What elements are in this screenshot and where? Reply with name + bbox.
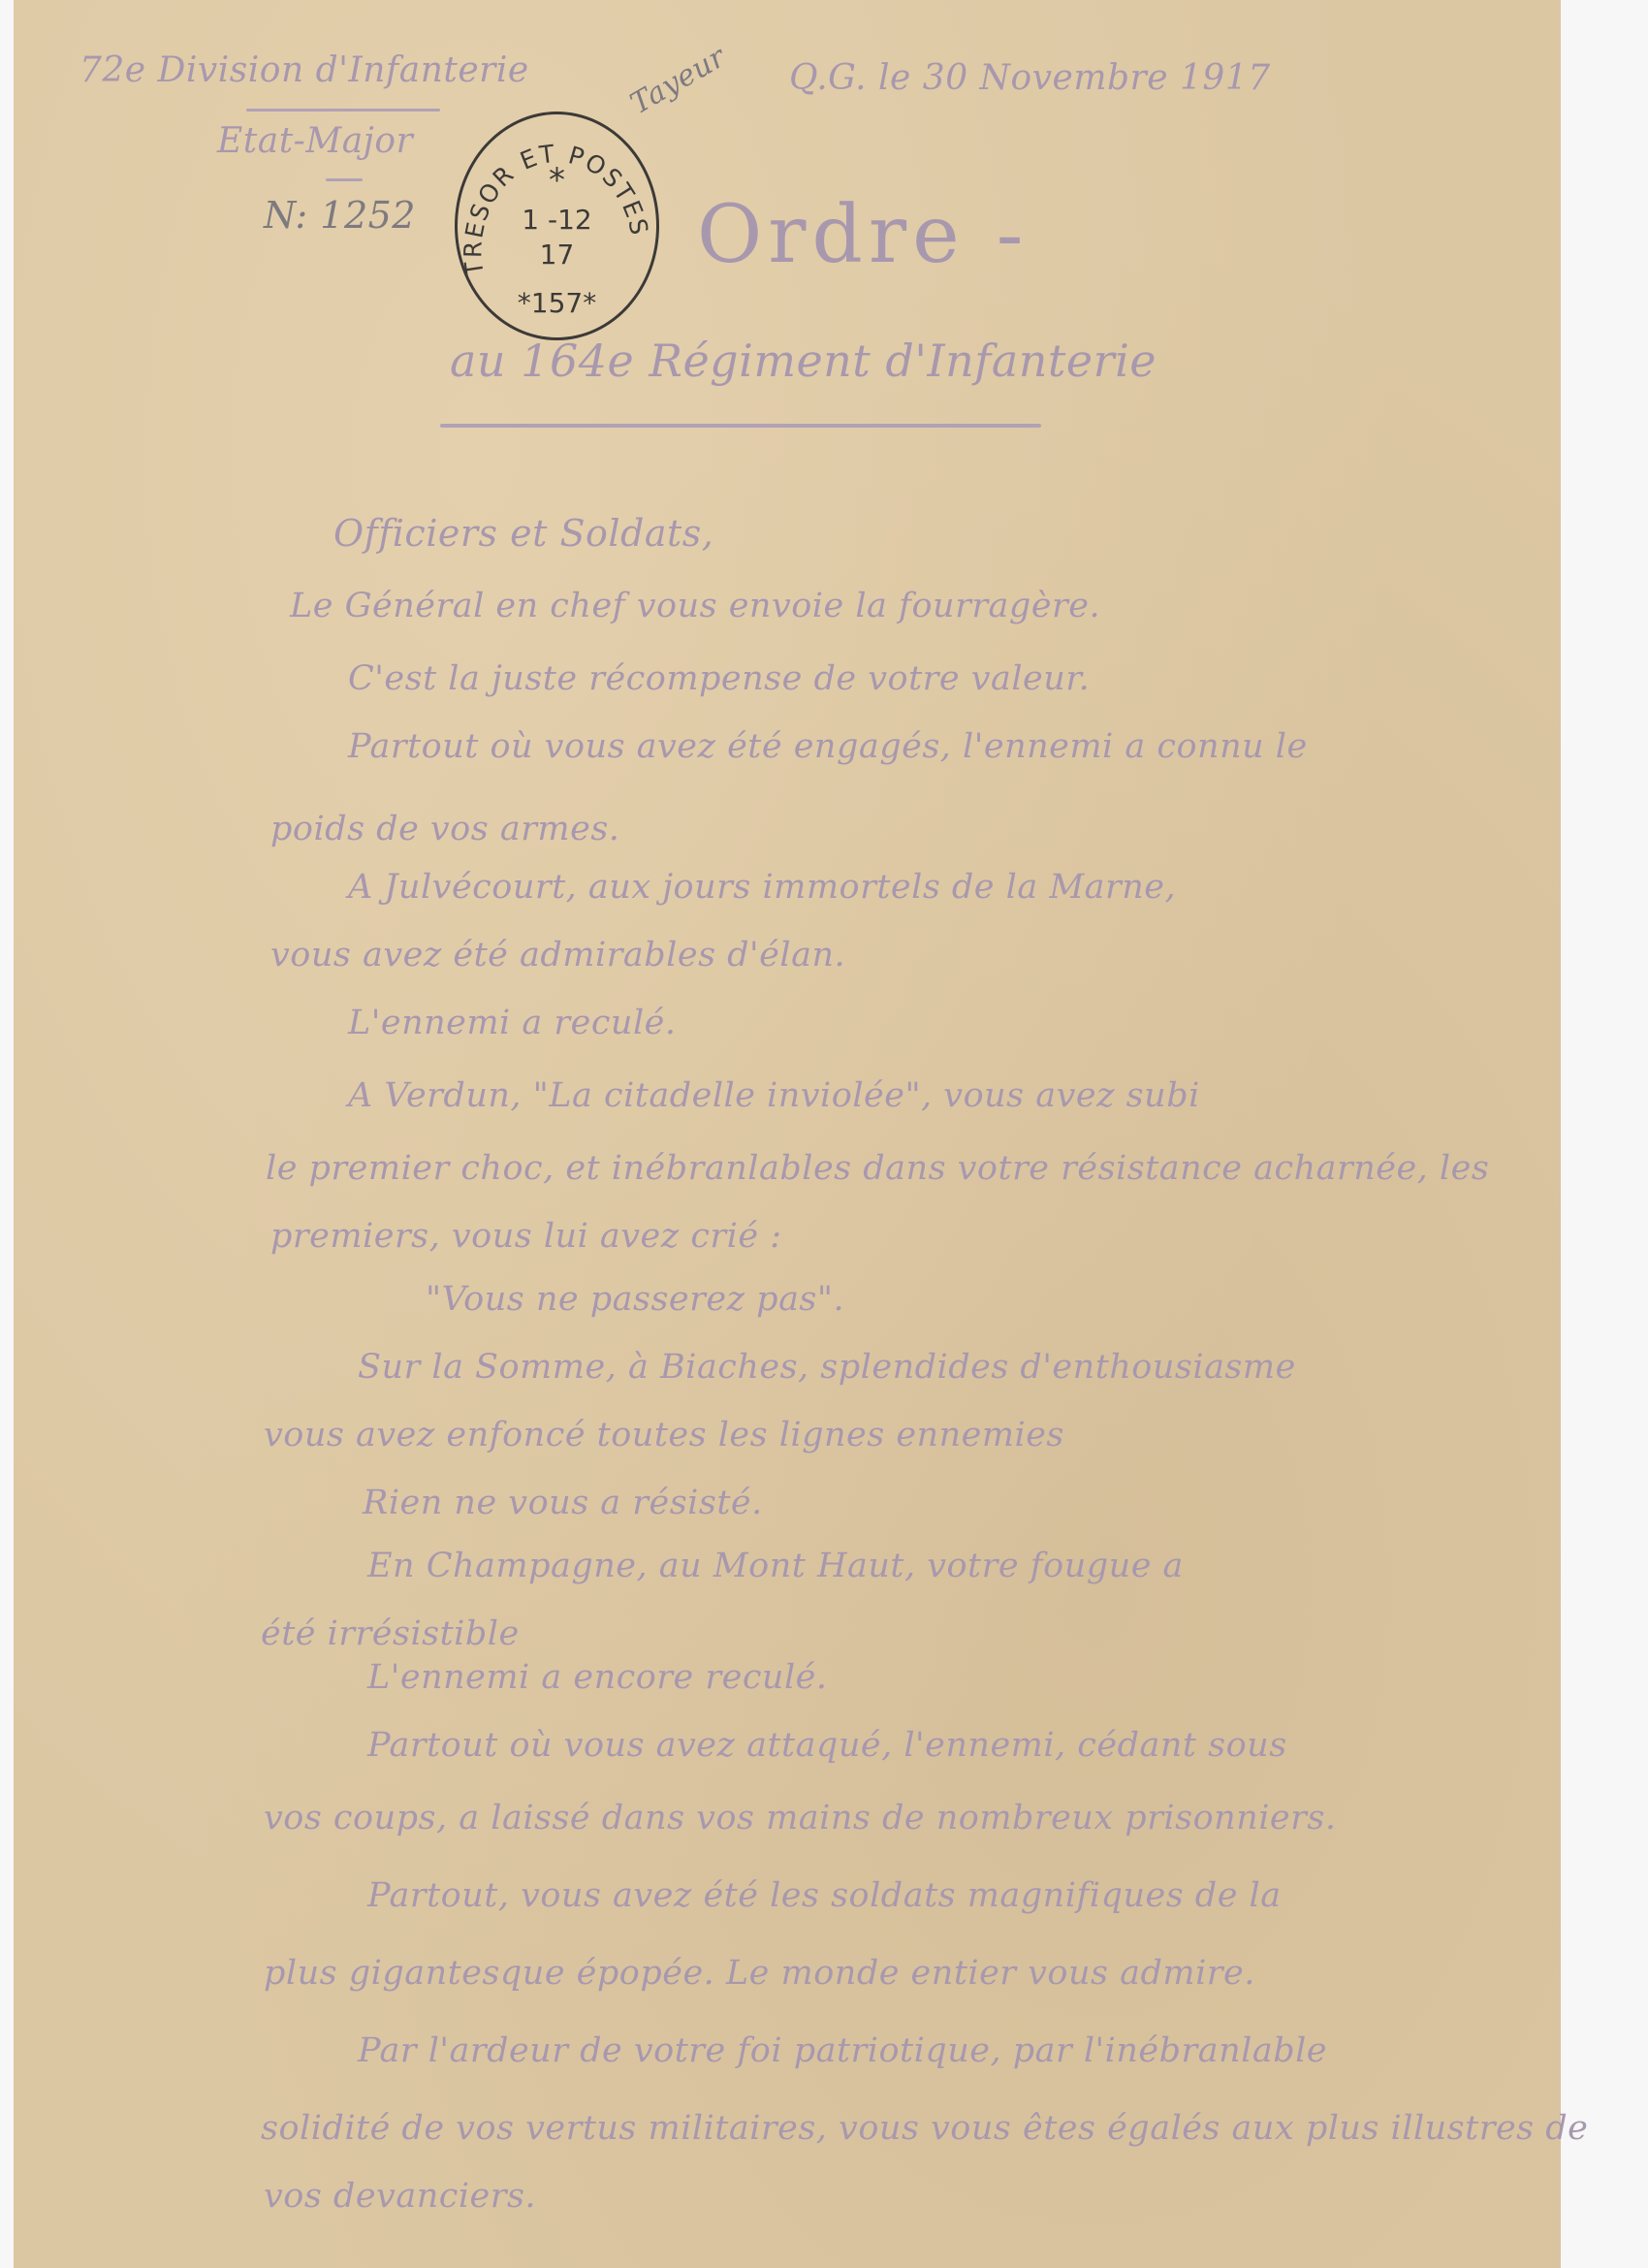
- body-line: vos devanciers.: [264, 2177, 536, 2216]
- postmark-year: 17: [458, 239, 656, 271]
- body-line: vos coups, a laissé dans vos mains de no…: [264, 1799, 1336, 1837]
- postmark-office: *157*: [458, 287, 656, 319]
- body-line: Partout, vous avez été les soldats magni…: [367, 1876, 1282, 1915]
- staff-heading: Etat-Major: [217, 121, 413, 161]
- body-line: En Champagne, au Mont Haut, votre fougue…: [367, 1547, 1184, 1585]
- body-line: Partout où vous avez été engagés, l'enne…: [348, 727, 1308, 766]
- place-date: Q.G. le 30 Novembre 1917: [789, 58, 1271, 98]
- staff-underline: [326, 178, 363, 181]
- body-line: Rien ne vous a résisté.: [363, 1484, 763, 1522]
- body-line: Sur la Somme, à Biaches, splendides d'en…: [358, 1348, 1296, 1387]
- body-line: A Julvécourt, aux jours immortels de la …: [348, 868, 1176, 907]
- document-title: Ordre -: [697, 189, 1029, 281]
- title-underline: [440, 424, 1041, 428]
- postmark-stamp: TRESOR ET POSTES * 1 -12 17 *157*: [455, 112, 659, 340]
- body-line: été irrésistible: [261, 1614, 520, 1653]
- division-heading: 72e Division d'Infanterie: [79, 50, 529, 90]
- body-line: premiers, vous lui avez crié :: [270, 1217, 782, 1256]
- body-line: solidité de vos vertus militaires, vous …: [261, 2109, 1588, 2148]
- annotation-signature: Tayeur: [625, 40, 732, 121]
- heading-underline: [246, 109, 440, 112]
- document-subtitle: au 164e Régiment d'Infanterie: [450, 335, 1157, 387]
- body-line: Par l'ardeur de votre foi patriotique, p…: [358, 2031, 1327, 2070]
- body-line: vous avez été admirables d'élan.: [270, 936, 845, 974]
- body-line: poids de vos armes.: [270, 810, 619, 848]
- body-line: A Verdun, "La citadelle inviolée", vous …: [348, 1076, 1200, 1115]
- body-line: plus gigantesque épopée. Le monde entier…: [264, 1954, 1255, 1993]
- postmark-star: *: [458, 161, 656, 200]
- body-line: L'ennemi a reculé.: [348, 1004, 677, 1042]
- reference-number: N: 1252: [264, 194, 416, 237]
- postmark-date: 1 -12: [458, 204, 656, 236]
- salutation: Officiers et Soldats,: [333, 512, 713, 555]
- body-line: Le Général en chef vous envoie la fourra…: [290, 587, 1100, 625]
- body-line: Partout où vous avez attaqué, l'ennemi, …: [367, 1726, 1287, 1765]
- body-line: "Vous ne passerez pas".: [426, 1280, 844, 1319]
- body-line: vous avez enfoncé toutes les lignes enne…: [264, 1416, 1064, 1454]
- body-line: le premier choc, et inébranlables dans v…: [266, 1149, 1489, 1188]
- body-line: L'ennemi a encore reculé.: [367, 1658, 828, 1697]
- body-line: C'est la juste récompense de votre valeu…: [348, 659, 1090, 698]
- document-page: 72e Division d'Infanterie Etat-Major N: …: [14, 0, 1561, 2268]
